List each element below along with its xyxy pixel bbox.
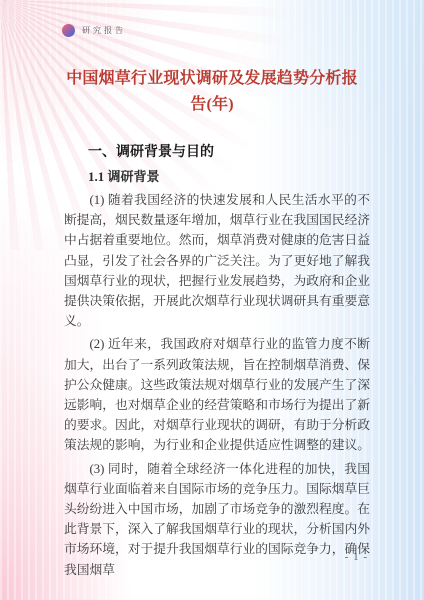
brand-logo-text: 研究报告 (82, 25, 126, 36)
paragraph-2: (2) 近年来，我国政府对烟草行业的监管力度不断加大，出台了一系列政策法规，旨在… (64, 334, 370, 455)
paragraph-3: (3) 同时，随着全球经济一体化进程的加快，我国烟草行业面临着来自国际市场的竞争… (64, 459, 370, 580)
subsection-heading: 1.1 调研背景 (88, 168, 370, 185)
report-page: 研究报告 中国烟草行业现状调研及发展趋势分析报告(年) 一、调研背景与目的 1.… (0, 0, 424, 600)
brand: 研究报告 (62, 24, 126, 37)
paragraph-1: (1) 随着我国经济的快速发展和人民生活水平的不断提高，烟民数量逐年增加，烟草行… (64, 190, 370, 331)
brand-logo-icon (62, 24, 75, 37)
section-heading: 一、调研背景与目的 (88, 143, 370, 160)
report-title: 中国烟草行业现状调研及发展趋势分析报告(年) (63, 66, 361, 118)
page-number: - 1 - (345, 551, 368, 563)
report-body: 一、调研背景与目的 1.1 调研背景 (1) 随着我国经济的快速发展和人民生活水… (64, 143, 370, 583)
